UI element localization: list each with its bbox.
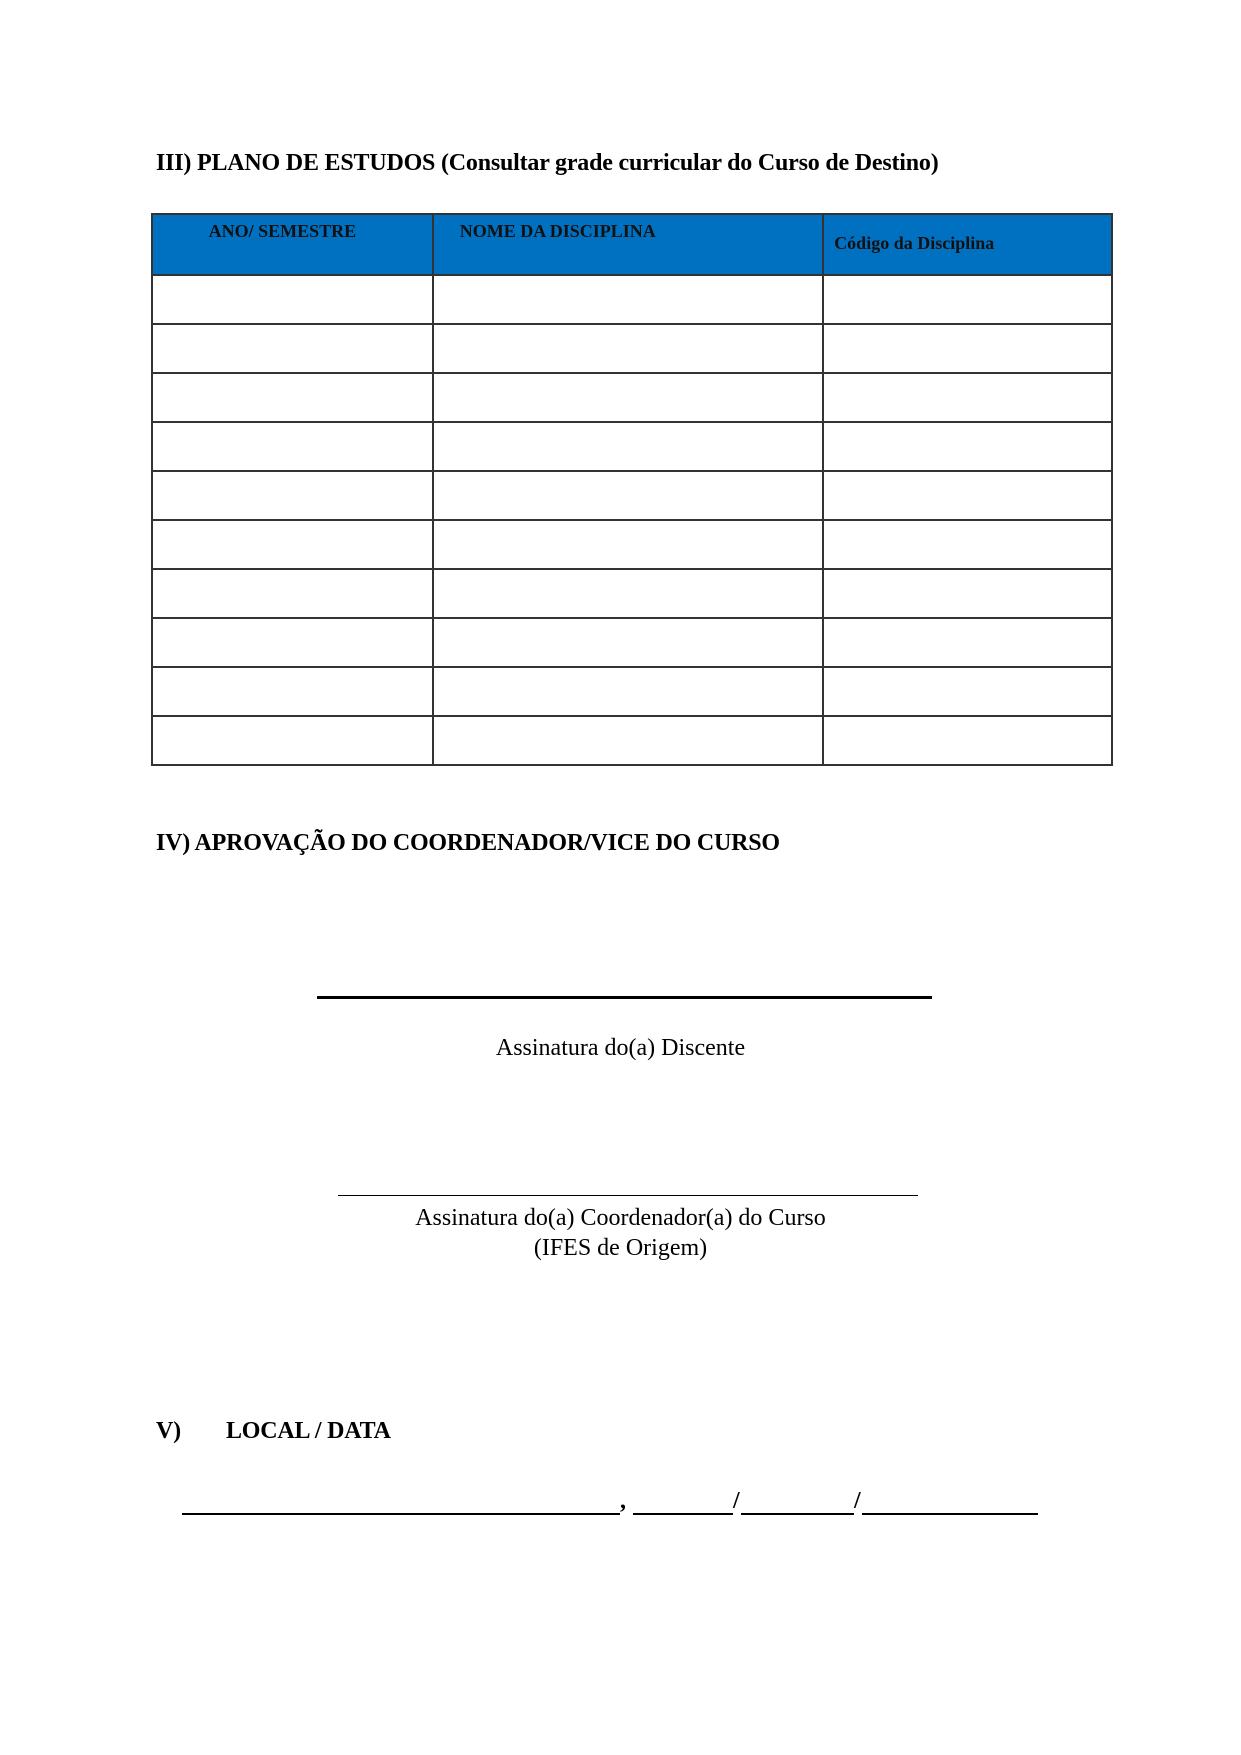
cell-year-semester[interactable]: [152, 324, 433, 373]
local-field[interactable]: [182, 1513, 620, 1515]
month-field[interactable]: [741, 1513, 854, 1515]
table-row: [152, 275, 1112, 324]
table-row: [152, 324, 1112, 373]
cell-year-semester[interactable]: [152, 569, 433, 618]
cell-course-code[interactable]: [823, 422, 1112, 471]
cell-course-name[interactable]: [433, 667, 823, 716]
table-row: [152, 716, 1112, 765]
table-row: [152, 373, 1112, 422]
coordinator-signature-label-line2: (IFES de Origem): [0, 1233, 1241, 1263]
table-row: [152, 667, 1112, 716]
student-signature-line[interactable]: [317, 996, 932, 999]
cell-course-name[interactable]: [433, 569, 823, 618]
column-header-course-name: NOME DA DISCIPLINA: [433, 214, 823, 275]
cell-course-code[interactable]: [823, 520, 1112, 569]
cell-course-name[interactable]: [433, 275, 823, 324]
column-header-course-code: Código da Disciplina: [823, 214, 1112, 275]
study-plan-table: ANO/ SEMESTRE NOME DA DISCIPLINA Código …: [151, 213, 1113, 766]
cell-year-semester[interactable]: [152, 275, 433, 324]
year-field[interactable]: [862, 1513, 1038, 1515]
cell-course-name[interactable]: [433, 373, 823, 422]
cell-course-name[interactable]: [433, 618, 823, 667]
cell-year-semester[interactable]: [152, 667, 433, 716]
cell-course-code[interactable]: [823, 716, 1112, 765]
coordinator-signature-label: Assinatura do(a) Coordenador(a) do Curso…: [0, 1203, 1241, 1263]
section-4-heading: IV) APROVAÇÃO DO COORDENADOR/VICE DO CUR…: [156, 830, 780, 857]
cell-course-code[interactable]: [823, 471, 1112, 520]
comma-separator: ,: [620, 1488, 626, 1515]
cell-course-code[interactable]: [823, 275, 1112, 324]
column-header-year-semester: ANO/ SEMESTRE: [152, 214, 433, 275]
table-row: [152, 569, 1112, 618]
slash-separator-2: /: [854, 1488, 861, 1515]
table-row: [152, 520, 1112, 569]
cell-year-semester[interactable]: [152, 471, 433, 520]
cell-year-semester[interactable]: [152, 520, 433, 569]
cell-year-semester[interactable]: [152, 373, 433, 422]
day-field[interactable]: [633, 1513, 733, 1515]
section-5-number: V): [156, 1418, 226, 1445]
cell-course-name[interactable]: [433, 716, 823, 765]
cell-course-code[interactable]: [823, 324, 1112, 373]
section-5-title: LOCAL / DATA: [226, 1418, 391, 1444]
cell-course-code[interactable]: [823, 667, 1112, 716]
table-row: [152, 422, 1112, 471]
table-row: [152, 471, 1112, 520]
table-row: [152, 618, 1112, 667]
slash-separator-1: /: [733, 1488, 740, 1515]
cell-course-code[interactable]: [823, 618, 1112, 667]
cell-course-code[interactable]: [823, 569, 1112, 618]
coordinator-signature-label-line1: Assinatura do(a) Coordenador(a) do Curso: [0, 1203, 1241, 1233]
student-signature-label: Assinatura do(a) Discente: [0, 1035, 1241, 1062]
cell-course-name[interactable]: [433, 520, 823, 569]
section-3-heading: III) PLANO DE ESTUDOS (Consultar grade c…: [156, 150, 939, 177]
section-5-heading: V)LOCAL / DATA: [156, 1418, 391, 1445]
cell-course-code[interactable]: [823, 373, 1112, 422]
cell-course-name[interactable]: [433, 324, 823, 373]
cell-year-semester[interactable]: [152, 422, 433, 471]
coordinator-signature-line[interactable]: [338, 1195, 918, 1196]
cell-course-name[interactable]: [433, 471, 823, 520]
table-header-row: ANO/ SEMESTRE NOME DA DISCIPLINA Código …: [152, 214, 1112, 275]
cell-year-semester[interactable]: [152, 618, 433, 667]
cell-course-name[interactable]: [433, 422, 823, 471]
cell-year-semester[interactable]: [152, 716, 433, 765]
